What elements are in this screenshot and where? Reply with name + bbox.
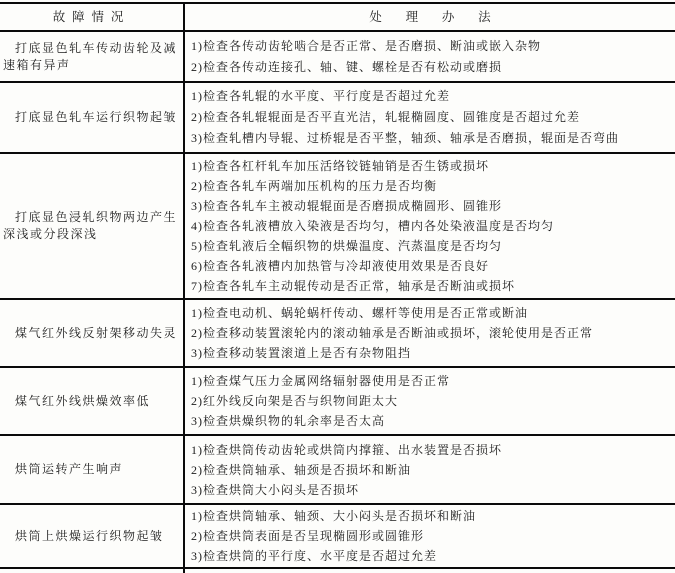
table-row: 烘筒上烘燥运行织物起皱 1)检查烘筒轴承、轴颈、大小闷头是否损坏和断油 2)检查… — [0, 505, 675, 569]
table-row: 烘筒运转产生响声 1)检查烘筒传动齿轮或烘筒内撑箍、出水装置是否损坏 2)检查烘… — [0, 436, 675, 505]
method-item: 2)检查移动装置滚轮内的滚动轴承是否断油或损坏，滚轮使用是否正常 — [191, 323, 675, 343]
method-item: 3)检查移动装置滚道上是否有杂物阻挡 — [191, 343, 675, 363]
troubleshooting-table: 故障情况 处理办法 打底显色轧车传动齿轮及减速箱有异声 1)检查各传动齿轮啮合是… — [0, 2, 675, 573]
methods-cell: 1)检查电动机、蜗轮蜗杆传动、螺杆等使用是否正常或断油 2)检查移动装置滚轮内的… — [185, 300, 675, 366]
fault-text: 打底显色轧车传动齿轮及减速箱有异声 — [3, 40, 178, 74]
methods-cell: 1)检查各轧辊的水平度、平行度是否超过允差 2)检查各轧辊辊面是否平直光洁，轧辊… — [185, 83, 675, 152]
method-item: 1)检查烘筒轴承、轴颈、大小闷头是否损坏和断油 — [191, 506, 675, 526]
method-item: 1)检查烘筒传动齿轮或烘筒内撑箍、出水装置是否损坏 — [191, 440, 675, 460]
method-item: 2)检查各传动连接孔、轴、键、螺栓是否有松动或磨损 — [191, 57, 675, 78]
method-item: 3)检查烘燥织物的轧余率是否太高 — [191, 411, 675, 431]
method-item: 7)检查各轧车主动辊传动是否正常，轴承是否断油或损坏 — [191, 276, 675, 296]
fault-text: 烘筒运转产生响声 — [3, 461, 123, 478]
table-header-row: 故障情况 处理办法 — [0, 4, 675, 32]
method-item: 1)检查煤气压力金属网络辐射器使用是否正常 — [191, 371, 675, 391]
methods-cell: 1)检查煤气压力金属网络辐射器使用是否正常 2)红外线反向架是否与织物间距太大 … — [185, 368, 675, 434]
method-item: 4)检查各轧液槽放入染液是否均匀，槽内各处染液温度是否均匀 — [191, 216, 675, 236]
method-item: 1)检查各杠杆轧车加压活络铰链轴销是否生锈或损坏 — [191, 156, 675, 176]
fault-text: 煤气红外线烘燥效率低 — [3, 393, 150, 410]
method-item: 1)检查各轧辊的水平度、平行度是否超过允差 — [191, 86, 675, 107]
method-item: 6)检查各轧液槽内加热管与冷却液使用效果是否良好 — [191, 256, 675, 276]
table-row: 煤气红外线反射架移动失灵 1)检查电动机、蜗轮蜗杆传动、螺杆等使用是否正常或断油… — [0, 300, 675, 368]
column-divider — [0, 569, 185, 573]
table-row: 打底显色浸轧织物两边产生深浅或分段深浅 1)检查各杠杆轧车加压活络铰链轴销是否生… — [0, 154, 675, 300]
fault-cell: 打底显色轧车运行织物起皱 — [0, 83, 185, 152]
methods-cell: 1)检查各传动齿轮啮合是否正常、是否磨损、断油或嵌入杂物 2)检查各传动连接孔、… — [185, 32, 675, 81]
method-item: 5)检查轧液后全幅织物的烘燥温度、汽蒸温度是否均匀 — [191, 236, 675, 256]
fault-text: 打底显色浸轧织物两边产生深浅或分段深浅 — [3, 209, 178, 243]
scanned-page: 故障情况 处理办法 打底显色轧车传动齿轮及减速箱有异声 1)检查各传动齿轮啮合是… — [0, 2, 675, 573]
table-row: 打底显色轧车运行织物起皱 1)检查各轧辊的水平度、平行度是否超过允差 2)检查各… — [0, 83, 675, 154]
table-row: 打底显色轧车传动齿轮及减速箱有异声 1)检查各传动齿轮啮合是否正常、是否磨损、断… — [0, 32, 675, 83]
table-row: 煤气红外线烘燥效率低 1)检查煤气压力金属网络辐射器使用是否正常 2)红外线反向… — [0, 368, 675, 436]
fault-cell: 烘筒上烘燥运行织物起皱 — [0, 505, 185, 567]
method-item: 2)检查烘筒轴承、轴颈是否损坏和断油 — [191, 460, 675, 480]
header-method-label: 处理办法 — [346, 7, 515, 27]
fault-cell: 打底显色浸轧织物两边产生深浅或分段深浅 — [0, 154, 185, 298]
method-item: 1)检查各传动齿轮啮合是否正常、是否磨损、断油或嵌入杂物 — [191, 36, 675, 57]
methods-cell: 1)检查烘筒轴承、轴颈、大小闷头是否损坏和断油 2)检查烘筒表面是否呈现椭圆形或… — [185, 505, 675, 567]
method-item: 3)检查烘筒大小闷头是否损坏 — [191, 480, 675, 500]
header-fault-cell: 故障情况 — [0, 4, 185, 30]
header-fault-label: 故障情况 — [53, 9, 131, 26]
method-item: 3)检查烘筒的平行度、水平度是否超过允差 — [191, 546, 675, 566]
column-divider-stub — [0, 569, 675, 573]
fault-cell: 打底显色轧车传动齿轮及减速箱有异声 — [0, 32, 185, 81]
method-item: 3)检查轧槽内导辊、过桥辊是否平整，轴颈、轴承是否磨损，辊面是否弯曲 — [191, 128, 675, 149]
method-item: 2)红外线反向架是否与织物间距太大 — [191, 391, 675, 411]
fault-cell: 烘筒运转产生响声 — [0, 436, 185, 503]
fault-cell: 煤气红外线烘燥效率低 — [0, 368, 185, 434]
method-item: 1)检查电动机、蜗轮蜗杆传动、螺杆等使用是否正常或断油 — [191, 303, 675, 323]
method-item: 2)检查各轧车两端加压机构的压力是否均衡 — [191, 176, 675, 196]
fault-text: 煤气红外线反射架移动失灵 — [3, 325, 177, 342]
fault-cell: 煤气红外线反射架移动失灵 — [0, 300, 185, 366]
header-method-cell: 处理办法 — [185, 4, 675, 30]
fault-text: 烘筒上烘燥运行织物起皱 — [3, 528, 164, 545]
methods-cell: 1)检查烘筒传动齿轮或烘筒内撑箍、出水装置是否损坏 2)检查烘筒轴承、轴颈是否损… — [185, 436, 675, 503]
fault-text: 打底显色轧车运行织物起皱 — [3, 109, 177, 126]
method-item: 3)检查各轧车主被动辊辊面是否磨损成椭圆形、圆锥形 — [191, 196, 675, 216]
method-item: 2)检查烘筒表面是否呈现椭圆形或圆锥形 — [191, 526, 675, 546]
methods-cell: 1)检查各杠杆轧车加压活络铰链轴销是否生锈或损坏 2)检查各轧车两端加压机构的压… — [185, 154, 675, 298]
method-item: 2)检查各轧辊辊面是否平直光洁，轧辊椭圆度、圆锥度是否超过允差 — [191, 107, 675, 128]
